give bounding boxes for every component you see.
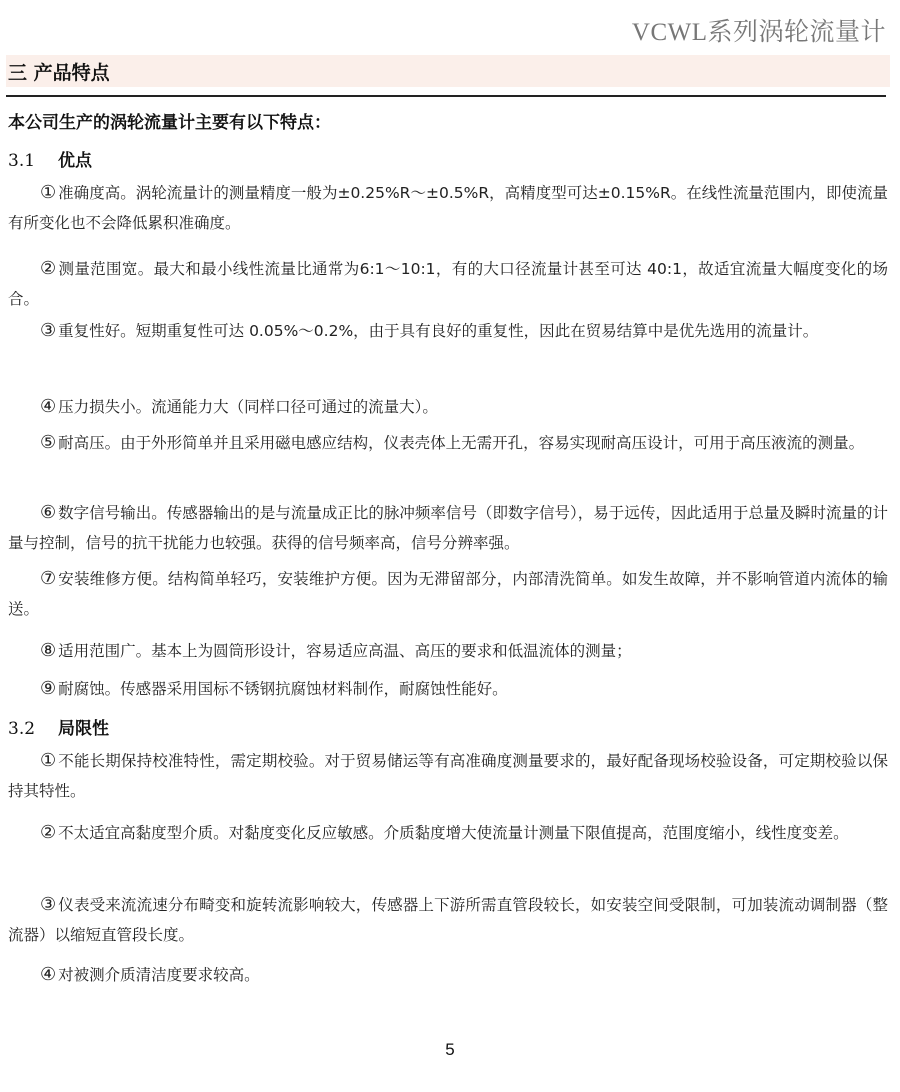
subheading-limitations: 3.2局限性 [8, 714, 109, 739]
document-header-title: VCWL系列涡轮流量计 [632, 12, 886, 48]
subheading-number: 3.1 [8, 151, 58, 171]
item-marker: ② [40, 822, 56, 843]
limitation-item-1: ①不能长期保持校准特性，需定期校验。对于贸易储运等有高准确度测量要求的，最好配备… [8, 746, 888, 806]
advantage-item-2: ②测量范围宽。最大和最小线性流量比通常为6:1～10:1，有的大口径流量计甚至可… [8, 254, 888, 314]
item-text: 准确度高。涡轮流量计的测量精度一般为±0.25%R～±0.5%R，高精度型可达±… [8, 184, 888, 232]
advantage-item-7: ⑦安装维修方便。结构简单轻巧，安装维护方便。因为无滞留部分，内部清洗简单。如发生… [8, 564, 888, 624]
item-marker: ① [40, 750, 56, 771]
subheading-advantages: 3.1优点 [8, 146, 92, 171]
subheading-title: 优点 [58, 151, 92, 171]
item-marker: ① [40, 182, 56, 203]
item-text: 对被测介质清洁度要求较高。 [58, 966, 260, 984]
limitation-item-2: ②不太适宜高黏度型介质。对黏度变化反应敏感。介质黏度增大使流量计测量下限值提高，… [8, 818, 888, 848]
advantage-item-6: ⑥数字信号输出。传感器输出的是与流量成正比的脉冲频率信号（即数字信号），易于远传… [8, 498, 888, 558]
section-title: 三 产品特点 [8, 58, 110, 85]
item-marker: ③ [40, 320, 56, 341]
item-marker: ③ [40, 894, 56, 915]
item-marker: ⑦ [40, 568, 56, 589]
item-text: 不太适宜高黏度型介质。对黏度变化反应敏感。介质黏度增大使流量计测量下限值提高，范… [58, 824, 849, 842]
advantage-item-8: ⑧适用范围广。基本上为圆筒形设计，容易适应高温、高压的要求和低温流体的测量； [8, 636, 888, 666]
item-text: 仪表受来流流速分布畸变和旋转流影响较大，传感器上下游所需直管段较长，如安装空间受… [8, 896, 888, 944]
item-text: 测量范围宽。最大和最小线性流量比通常为6:1～10:1，有的大口径流量计甚至可达… [8, 260, 888, 308]
page-number: 5 [0, 1040, 900, 1060]
item-text: 不能长期保持校准特性，需定期校验。对于贸易储运等有高准确度测量要求的，最好配备现… [8, 752, 888, 800]
subheading-number: 3.2 [8, 719, 58, 739]
section-rule [6, 95, 886, 97]
advantage-item-3: ③重复性好。短期重复性可达 0.05%～0.2%，由于具有良好的重复性，因此在贸… [8, 316, 888, 346]
item-text: 适用范围广。基本上为圆筒形设计，容易适应高温、高压的要求和低温流体的测量； [58, 642, 632, 660]
item-text: 压力损失小。流通能力大（同样口径可通过的流量大）。 [58, 398, 438, 416]
item-text: 安装维修方便。结构简单轻巧，安装维护方便。因为无滞留部分，内部清洗简单。如发生故… [8, 570, 888, 618]
item-marker: ② [40, 258, 56, 279]
item-marker: ④ [40, 964, 56, 985]
advantage-item-1: ①准确度高。涡轮流量计的测量精度一般为±0.25%R～±0.5%R，高精度型可达… [8, 178, 888, 238]
item-text: 数字信号输出。传感器输出的是与流量成正比的脉冲频率信号（即数字信号），易于远传，… [8, 504, 888, 552]
section-band [6, 55, 890, 87]
item-marker: ⑥ [40, 502, 56, 523]
advantage-item-4: ④压力损失小。流通能力大（同样口径可通过的流量大）。 [8, 392, 888, 422]
limitation-item-3: ③仪表受来流流速分布畸变和旋转流影响较大，传感器上下游所需直管段较长，如安装空间… [8, 890, 888, 950]
intro-text: 本公司生产的涡轮流量计主要有以下特点： [8, 108, 331, 133]
item-marker: ④ [40, 396, 56, 417]
item-text: 耐腐蚀。传感器采用国标不锈钢抗腐蚀材料制作，耐腐蚀性能好。 [58, 680, 508, 698]
item-marker: ⑨ [40, 678, 56, 699]
subheading-title: 局限性 [58, 719, 109, 739]
item-marker: ⑤ [40, 432, 56, 453]
advantage-item-5: ⑤耐高压。由于外形简单并且采用磁电感应结构，仪表壳体上无需开孔，容易实现耐高压设… [8, 428, 888, 458]
item-marker: ⑧ [40, 640, 56, 661]
item-text: 耐高压。由于外形简单并且采用磁电感应结构，仪表壳体上无需开孔，容易实现耐高压设计… [58, 434, 864, 452]
item-text: 重复性好。短期重复性可达 0.05%～0.2%，由于具有良好的重复性，因此在贸易… [58, 322, 818, 340]
limitation-item-4: ④对被测介质清洁度要求较高。 [8, 960, 888, 990]
advantage-item-9: ⑨耐腐蚀。传感器采用国标不锈钢抗腐蚀材料制作，耐腐蚀性能好。 [8, 674, 888, 704]
